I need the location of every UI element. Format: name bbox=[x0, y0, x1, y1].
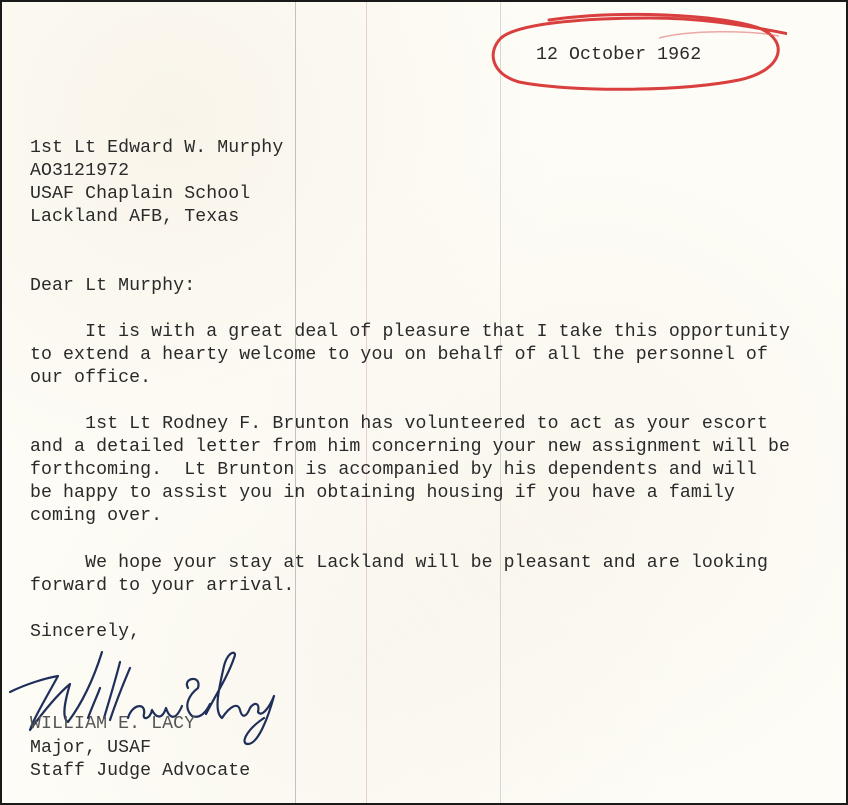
fold-line bbox=[500, 2, 501, 803]
recipient-unit: USAF Chaplain School bbox=[30, 182, 250, 206]
paragraph-2-line: forthcoming. Lt Brunton is accompanied b… bbox=[30, 458, 757, 482]
recipient-name: 1st Lt Edward W. Murphy bbox=[30, 136, 283, 160]
closing: Sincerely, bbox=[30, 620, 140, 644]
letter-date: 12 October 1962 bbox=[536, 43, 701, 67]
paragraph-2-line: be happy to assist you in obtaining hous… bbox=[30, 481, 735, 505]
paragraph-1-line: our office. bbox=[30, 366, 151, 390]
paragraph-2-line: and a detailed letter from him concernin… bbox=[30, 435, 790, 459]
paragraph-3-line: We hope your stay at Lackland will be pl… bbox=[30, 551, 768, 575]
paragraph-1-line: to extend a hearty welcome to you on beh… bbox=[30, 343, 768, 367]
recipient-location: Lackland AFB, Texas bbox=[30, 205, 239, 229]
signer-title: Staff Judge Advocate bbox=[30, 759, 250, 783]
fold-line bbox=[295, 2, 296, 803]
recipient-service-number: AO3121972 bbox=[30, 159, 129, 183]
fold-line bbox=[366, 2, 367, 803]
paragraph-1-line: It is with a great deal of pleasure that… bbox=[30, 320, 790, 344]
paragraph-3-line: forward to your arrival. bbox=[30, 574, 294, 598]
signer-name: WILLIAM E. LACY bbox=[30, 712, 195, 736]
signer-rank: Major, USAF bbox=[30, 736, 151, 760]
letter-page: 12 October 1962 1st Lt Edward W. Murphy … bbox=[2, 2, 846, 803]
paragraph-2-line: coming over. bbox=[30, 504, 162, 528]
paragraph-2-line: 1st Lt Rodney F. Brunton has volunteered… bbox=[30, 412, 768, 436]
salutation: Dear Lt Murphy: bbox=[30, 274, 195, 298]
